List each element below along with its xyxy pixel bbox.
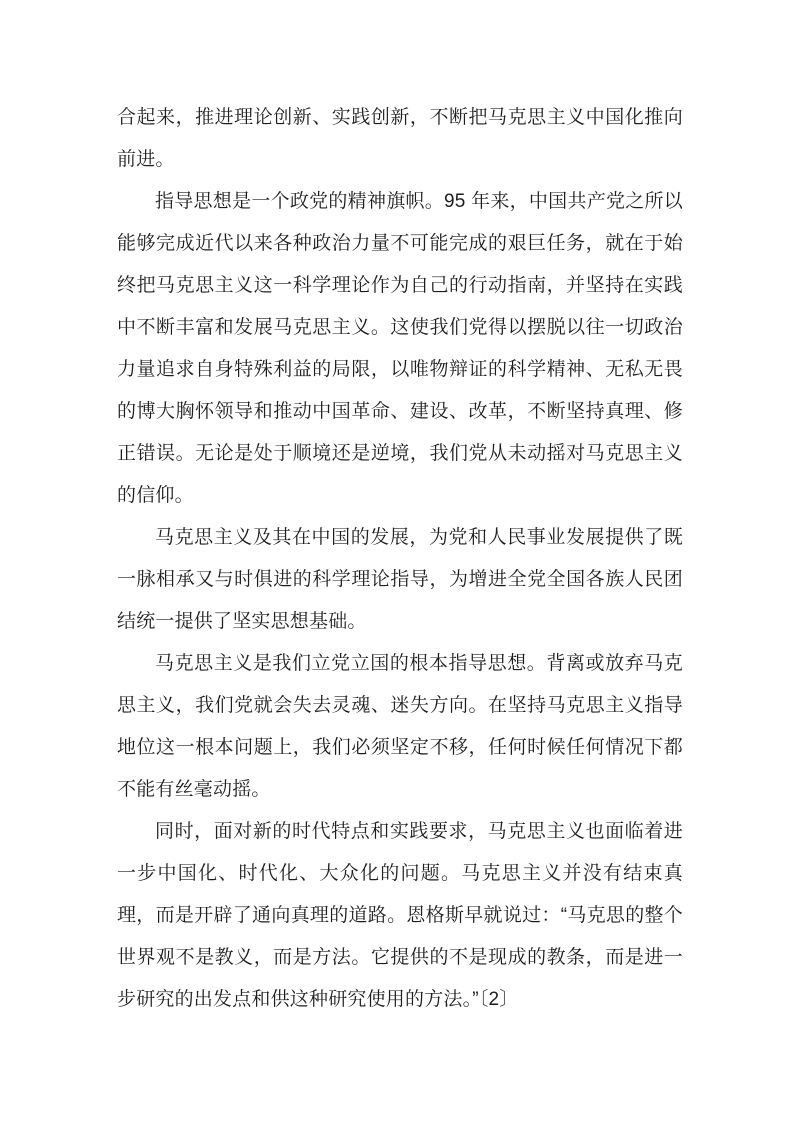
paragraph: 同时，面对新的时代特点和实践要求，马克思主义也面临着进 一步中国化、时代化、大众… (117, 811, 683, 1021)
text-line: 能够完成近代以来各种政治力量不可能完成的艰巨任务，就在于始 (117, 223, 683, 265)
text-line: 不能有丝毫动摇。 (117, 769, 683, 811)
text-line: 指导思想是一个政党的精神旗帜。95 年来，中国共产党之所以 (117, 181, 683, 223)
text-line: 的信仰。 (117, 475, 683, 517)
text-line: 的博大胸怀领导和推动中国革命、建设、改革，不断坚持真理、修 (117, 391, 683, 433)
text-line: 马克思主义及其在中国的发展，为党和人民事业发展提供了既 (117, 517, 683, 559)
text-line: 中不断丰富和发展马克思主义。这使我们党得以摆脱以往一切政治 (117, 307, 683, 349)
document-page: 合起来，推进理论创新、实践创新，不断把马克思主义中国化推向 前进。 指导思想是一… (0, 0, 800, 1130)
text-line: 终把马克思主义这一科学理论作为自己的行动指南，并坚持在实践 (117, 265, 683, 307)
paragraph: 马克思主义及其在中国的发展，为党和人民事业发展提供了既 一脉相承又与时俱进的科学… (117, 517, 683, 643)
text-line: 合起来，推进理论创新、实践创新，不断把马克思主义中国化推向 (117, 97, 683, 139)
document-body: 合起来，推进理论创新、实践创新，不断把马克思主义中国化推向 前进。 指导思想是一… (117, 97, 683, 1021)
text-line: 思主义，我们党就会失去灵魂、迷失方向。在坚持马克思主义指导 (117, 685, 683, 727)
text-line: 地位这一根本问题上，我们必须坚定不移，任何时候任何情况下都 (117, 727, 683, 769)
paragraph: 指导思想是一个政党的精神旗帜。95 年来，中国共产党之所以 能够完成近代以来各种… (117, 181, 683, 517)
text-line: 一脉相承又与时俱进的科学理论指导，为增进全党全国各族人民团 (117, 559, 683, 601)
text-line: 前进。 (117, 139, 683, 181)
text-line: 世界观不是教义，而是方法。它提供的不是现成的教条，而是进一 (117, 937, 683, 979)
text-line: 正错误。无论是处于顺境还是逆境，我们党从未动摇对马克思主义 (117, 433, 683, 475)
text-line: 力量追求自身特殊利益的局限，以唯物辩证的科学精神、无私无畏 (117, 349, 683, 391)
text-line: 步研究的出发点和供这种研究使用的方法。”〔2〕 (117, 979, 683, 1021)
paragraph: 合起来，推进理论创新、实践创新，不断把马克思主义中国化推向 前进。 (117, 97, 683, 181)
paragraph: 马克思主义是我们立党立国的根本指导思想。背离或放弃马克 思主义，我们党就会失去灵… (117, 643, 683, 811)
text-line: 理，而是开辟了通向真理的道路。恩格斯早就说过：“马克思的整个 (117, 895, 683, 937)
text-line: 马克思主义是我们立党立国的根本指导思想。背离或放弃马克 (117, 643, 683, 685)
text-line: 结统一提供了坚实思想基础。 (117, 601, 683, 643)
text-line: 同时，面对新的时代特点和实践要求，马克思主义也面临着进 (117, 811, 683, 853)
text-line: 一步中国化、时代化、大众化的问题。马克思主义并没有结束真 (117, 853, 683, 895)
